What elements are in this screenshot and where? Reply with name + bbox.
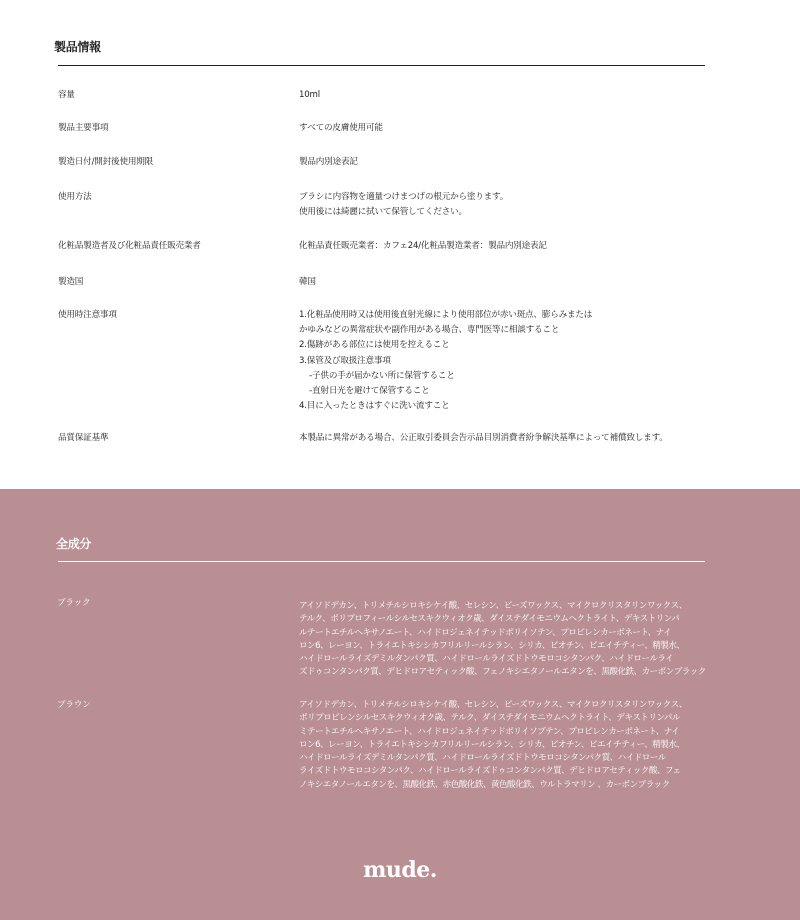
product-info-divider: [58, 65, 705, 66]
info-value: 10ml: [299, 88, 320, 103]
info-value: 製品内別途表記: [299, 155, 358, 170]
info-label: 容量: [58, 88, 75, 100]
info-label: 使用時注意事項: [58, 308, 117, 320]
ingredients-section: 全成分 ブラック アイソドデカン、トリメチルシロキシケイ酸、セレシン、ビーズワッ…: [0, 489, 800, 920]
info-value: ブラシに内容物を適量つけまつげの根元から塗ります。 使用後には綺麗に拭いて保管し…: [299, 190, 508, 220]
info-label: 製品主要事項: [58, 121, 108, 133]
info-value: すべての皮膚使用可能: [299, 121, 383, 136]
ingredient-label: ブラック: [57, 596, 90, 608]
ingredient-list: アイソドデカン、トリメチルシロキシケイ酸、セレシン、ビーズワックス、マイクロクリ…: [299, 600, 706, 680]
info-value: 化粧品責任販売業者：カフェ24/化粧品製造業者：製品内別途表記: [299, 239, 547, 254]
info-label: 製造国: [58, 275, 83, 287]
info-label: 化粧品製造者及び化粧品責任販売業者: [58, 239, 201, 251]
info-label: 製造日付/開封後使用期限: [58, 155, 153, 167]
info-value: 本製品に異常がある場合、公正取引委員会告示品目別消費者紛争解決基準によって補償致…: [299, 431, 668, 446]
ingredient-label: ブラウン: [57, 698, 91, 710]
ingredients-divider: [58, 561, 705, 562]
info-label: 品質保証基準: [58, 431, 108, 443]
info-value: 韓国: [299, 275, 316, 290]
product-info-section: 製品情報 容量 10ml 製品主要事項 すべての皮膚使用可能 製造日付/開封後使…: [0, 0, 800, 489]
ingredients-title: 全成分: [56, 535, 91, 552]
product-info-title: 製品情報: [54, 38, 101, 55]
info-value: 1.化粧品使用時又は使用後直射光線により使用部位が赤い斑点、膨らみまたは かゆみ…: [299, 308, 592, 414]
ingredient-list: アイソドデカン、トリメチルシロキシケイ酸、セレシン、ビーズワックス、マイクロクリ…: [299, 699, 687, 792]
brand-logo: mude.: [0, 857, 800, 883]
info-label: 使用方法: [58, 190, 92, 202]
